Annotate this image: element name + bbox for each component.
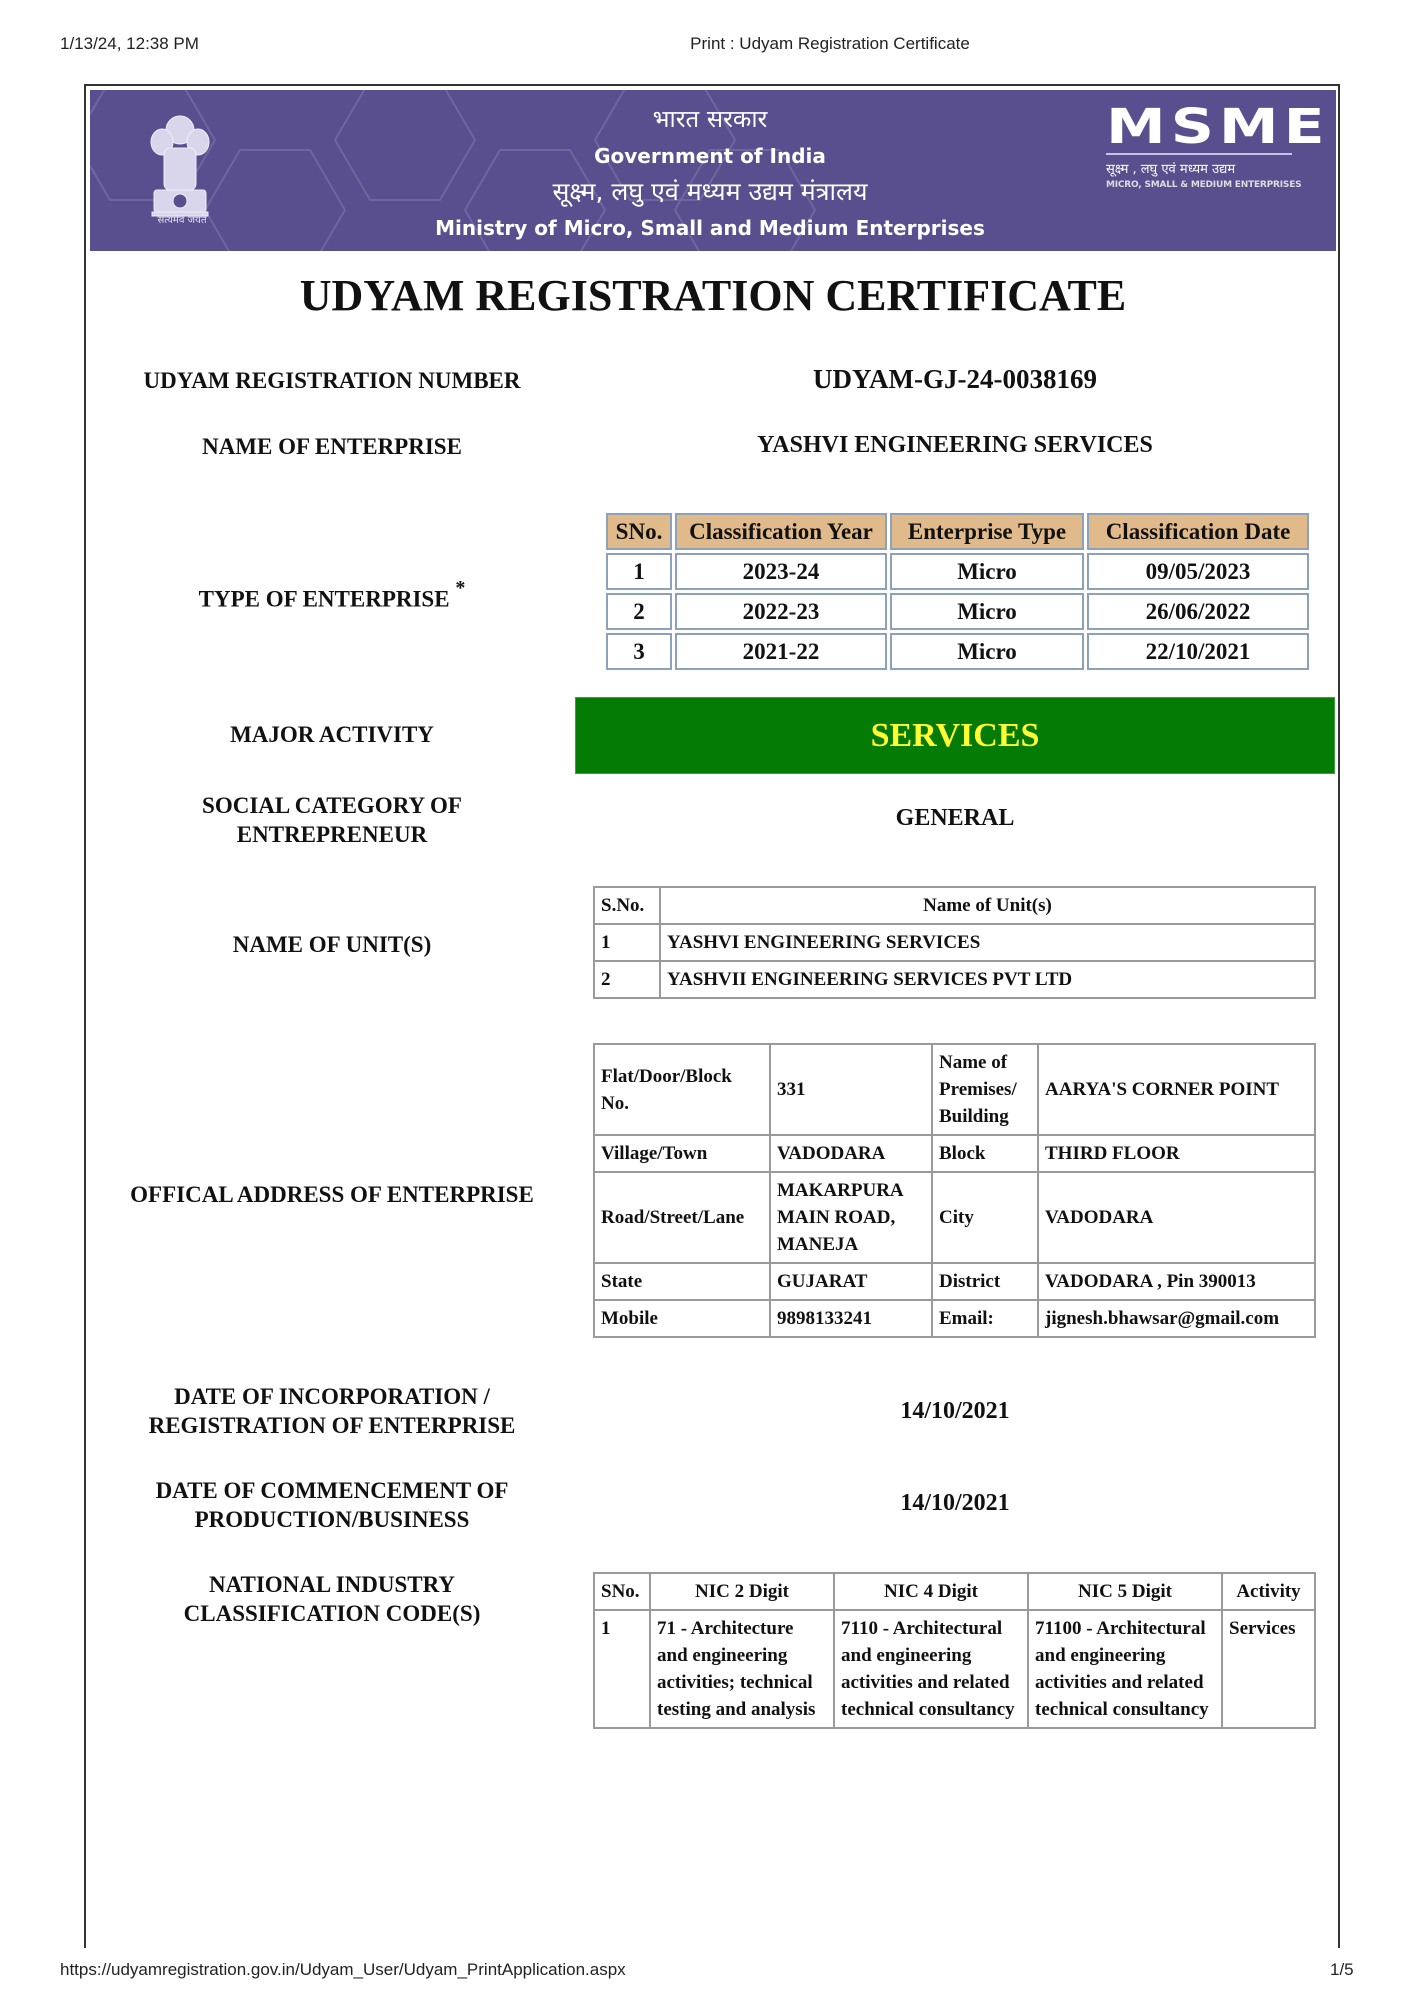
nic-label-line2: CLASSIFICATION CODE(S) [100, 1599, 564, 1628]
type-of-enterprise-text: TYPE OF ENTERPRISE [199, 587, 450, 612]
nic-label-line1: NATIONAL INDUSTRY [100, 1570, 564, 1599]
cell-label: State [594, 1263, 770, 1300]
enterprise-name-label: NAME OF ENTERPRISE [100, 432, 564, 461]
social-category-value: GENERAL [575, 805, 1335, 832]
cell: YASHVI ENGINEERING SERVICES [660, 924, 1315, 961]
registration-number-value: UDYAM-GJ-24-0038169 [575, 364, 1335, 395]
col-sno: SNo. [594, 1573, 650, 1610]
cell-value: THIRD FLOOR [1038, 1135, 1315, 1172]
commencement-date-value: 14/10/2021 [575, 1490, 1335, 1517]
cell: Micro [890, 553, 1084, 590]
social-category-label-line2: ENTREPRENEUR [100, 820, 564, 849]
col-nic-5-digit: NIC 5 Digit [1028, 1573, 1222, 1610]
table-row: Road/Street/Lane MAKARPURA MAIN ROAD, MA… [594, 1172, 1315, 1263]
cell: 7110 - Architectural and engineering act… [834, 1610, 1028, 1728]
cell-value: MAKARPURA MAIN ROAD, MANEJA [770, 1172, 932, 1263]
cell: 1 [594, 924, 660, 961]
print-url: https://udyamregistration.gov.in/Udyam_U… [60, 1960, 626, 1980]
commencement-date-label-line1: DATE OF COMMENCEMENT OF [100, 1476, 564, 1505]
social-category-label-line1: SOCIAL CATEGORY OF [100, 791, 564, 820]
cell: 22/10/2021 [1087, 633, 1309, 670]
cell-label: Village/Town [594, 1135, 770, 1172]
col-unit-name: Name of Unit(s) [660, 887, 1315, 924]
cell-label: Block [932, 1135, 1038, 1172]
units-label: NAME OF UNIT(S) [100, 930, 564, 959]
col-classification-date: Classification Date [1087, 513, 1309, 550]
incorporation-date-label-line1: DATE OF INCORPORATION / [100, 1382, 564, 1411]
cell-label: City [932, 1172, 1038, 1263]
address-label: OFFICAL ADDRESS OF ENTERPRISE [96, 1180, 568, 1209]
cell-value: VADODARA [1038, 1172, 1315, 1263]
cell: 2021-22 [675, 633, 887, 670]
print-datetime: 1/13/24, 12:38 PM [60, 34, 199, 54]
col-sno: SNo. [606, 513, 672, 550]
table-row: 3 2021-22 Micro 22/10/2021 [606, 633, 1309, 670]
table-row: 1 2023-24 Micro 09/05/2023 [606, 553, 1309, 590]
nic-table: SNo. NIC 2 Digit NIC 4 Digit NIC 5 Digit… [593, 1572, 1316, 1729]
msme-logo-hindi: सूक्ष्म , लघु एवं मध्यम उद्यम [1106, 159, 1306, 177]
address-table: Flat/Door/Block No. 331 Name of Premises… [593, 1043, 1316, 1338]
table-row: Village/Town VADODARA Block THIRD FLOOR [594, 1135, 1315, 1172]
cell-label: Road/Street/Lane [594, 1172, 770, 1263]
nic-label: NATIONAL INDUSTRY CLASSIFICATION CODE(S) [100, 1570, 564, 1628]
cell-label: Mobile [594, 1300, 770, 1337]
col-sno: S.No. [594, 887, 660, 924]
col-activity: Activity [1222, 1573, 1315, 1610]
table-row: 2 2022-23 Micro 26/06/2022 [606, 593, 1309, 630]
cell-label: Email: [932, 1300, 1038, 1337]
table-row: 2 YASHVII ENGINEERING SERVICES PVT LTD [594, 961, 1315, 998]
registration-number-label: UDYAM REGISTRATION NUMBER [100, 366, 564, 395]
print-title: Print : Udyam Registration Certificate [560, 34, 1100, 54]
units-table: S.No. Name of Unit(s) 1 YASHVI ENGINEERI… [593, 886, 1316, 999]
cell: 09/05/2023 [1087, 553, 1309, 590]
col-enterprise-type: Enterprise Type [890, 513, 1084, 550]
cell-value: GUJARAT [770, 1263, 932, 1300]
ministry-banner: सत्यमेव जयते भारत सरकार Government of In… [90, 90, 1336, 251]
banner-hindi-government: भारत सरकार [390, 102, 1030, 135]
cell-label: District [932, 1263, 1038, 1300]
email-value: jignesh.bhawsar@gmail.com [1038, 1300, 1315, 1337]
incorporation-date-label: DATE OF INCORPORATION / REGISTRATION OF … [100, 1382, 564, 1440]
cell: 1 [606, 553, 672, 590]
cell: 1 [594, 1610, 650, 1728]
msme-logo-english: MICRO, SMALL & MEDIUM ENTERPRISES [1106, 180, 1306, 190]
print-page-number: 1/5 [1330, 1960, 1354, 1980]
social-category-label: SOCIAL CATEGORY OF ENTREPRENEUR [100, 791, 564, 849]
enterprise-name-value: YASHVI ENGINEERING SERVICES [575, 432, 1335, 459]
col-nic-4-digit: NIC 4 Digit [834, 1573, 1028, 1610]
cell-label: Flat/Door/Block No. [594, 1044, 770, 1135]
msme-logo: MSME सूक्ष्म , लघु एवं मध्यम उद्यम MICRO… [1106, 105, 1306, 190]
cell: YASHVII ENGINEERING SERVICES PVT LTD [660, 961, 1315, 998]
col-nic-2-digit: NIC 2 Digit [650, 1573, 834, 1610]
cell: Micro [890, 633, 1084, 670]
cell-value: VADODARA , Pin 390013 [1038, 1263, 1315, 1300]
table-row: Mobile 9898133241 Email: jignesh.bhawsar… [594, 1300, 1315, 1337]
cell-label: Name of Premises/ Building [932, 1044, 1038, 1135]
cell: 2022-23 [675, 593, 887, 630]
classification-header-row: SNo. Classification Year Enterprise Type… [606, 513, 1309, 550]
table-row: Flat/Door/Block No. 331 Name of Premises… [594, 1044, 1315, 1135]
cell-value: 9898133241 [770, 1300, 932, 1337]
banner-government-of-india: Government of India [390, 144, 1030, 168]
cell: 2023-24 [675, 553, 887, 590]
cell: 71100 - Architectural and engineering ac… [1028, 1610, 1222, 1728]
major-activity-value: SERVICES [575, 697, 1335, 774]
cell: 2 [606, 593, 672, 630]
cell: 71 - Architecture and engineering activi… [650, 1610, 834, 1728]
table-row: 1 YASHVI ENGINEERING SERVICES [594, 924, 1315, 961]
cell-value: 331 [770, 1044, 932, 1135]
major-activity-label: MAJOR ACTIVITY [100, 720, 564, 749]
cell: 2 [594, 961, 660, 998]
cell: 26/06/2022 [1087, 593, 1309, 630]
asterisk-icon: * [455, 577, 465, 599]
table-row: 1 71 - Architecture and engineering acti… [594, 1610, 1315, 1728]
units-header-row: S.No. Name of Unit(s) [594, 887, 1315, 924]
banner-ministry-name: Ministry of Micro, Small and Medium Ente… [390, 216, 1030, 240]
cell: 3 [606, 633, 672, 670]
commencement-date-label-line2: PRODUCTION/BUSINESS [100, 1505, 564, 1534]
banner-hindi-ministry: सूक्ष्म, लघु एवं मध्यम उद्यम मंत्रालय [390, 174, 1030, 208]
nic-header-row: SNo. NIC 2 Digit NIC 4 Digit NIC 5 Digit… [594, 1573, 1315, 1610]
classification-table: SNo. Classification Year Enterprise Type… [603, 510, 1312, 673]
cell: Services [1222, 1610, 1315, 1728]
emblem-motto: सत्यमेव जयते [132, 212, 232, 226]
msme-logo-icon: MSME [1106, 105, 1336, 149]
col-classification-year: Classification Year [675, 513, 887, 550]
commencement-date-label: DATE OF COMMENCEMENT OF PRODUCTION/BUSIN… [100, 1476, 564, 1534]
incorporation-date-value: 14/10/2021 [575, 1398, 1335, 1425]
cell-value: AARYA'S CORNER POINT [1038, 1044, 1315, 1135]
incorporation-date-label-line2: REGISTRATION OF ENTERPRISE [100, 1411, 564, 1440]
certificate-title: UDYAM REGISTRATION CERTIFICATE [90, 270, 1336, 321]
cell: Micro [890, 593, 1084, 630]
cell-value: VADODARA [770, 1135, 932, 1172]
type-of-enterprise-label: TYPE OF ENTERPRISE * [100, 578, 564, 614]
table-row: State GUJARAT District VADODARA , Pin 39… [594, 1263, 1315, 1300]
